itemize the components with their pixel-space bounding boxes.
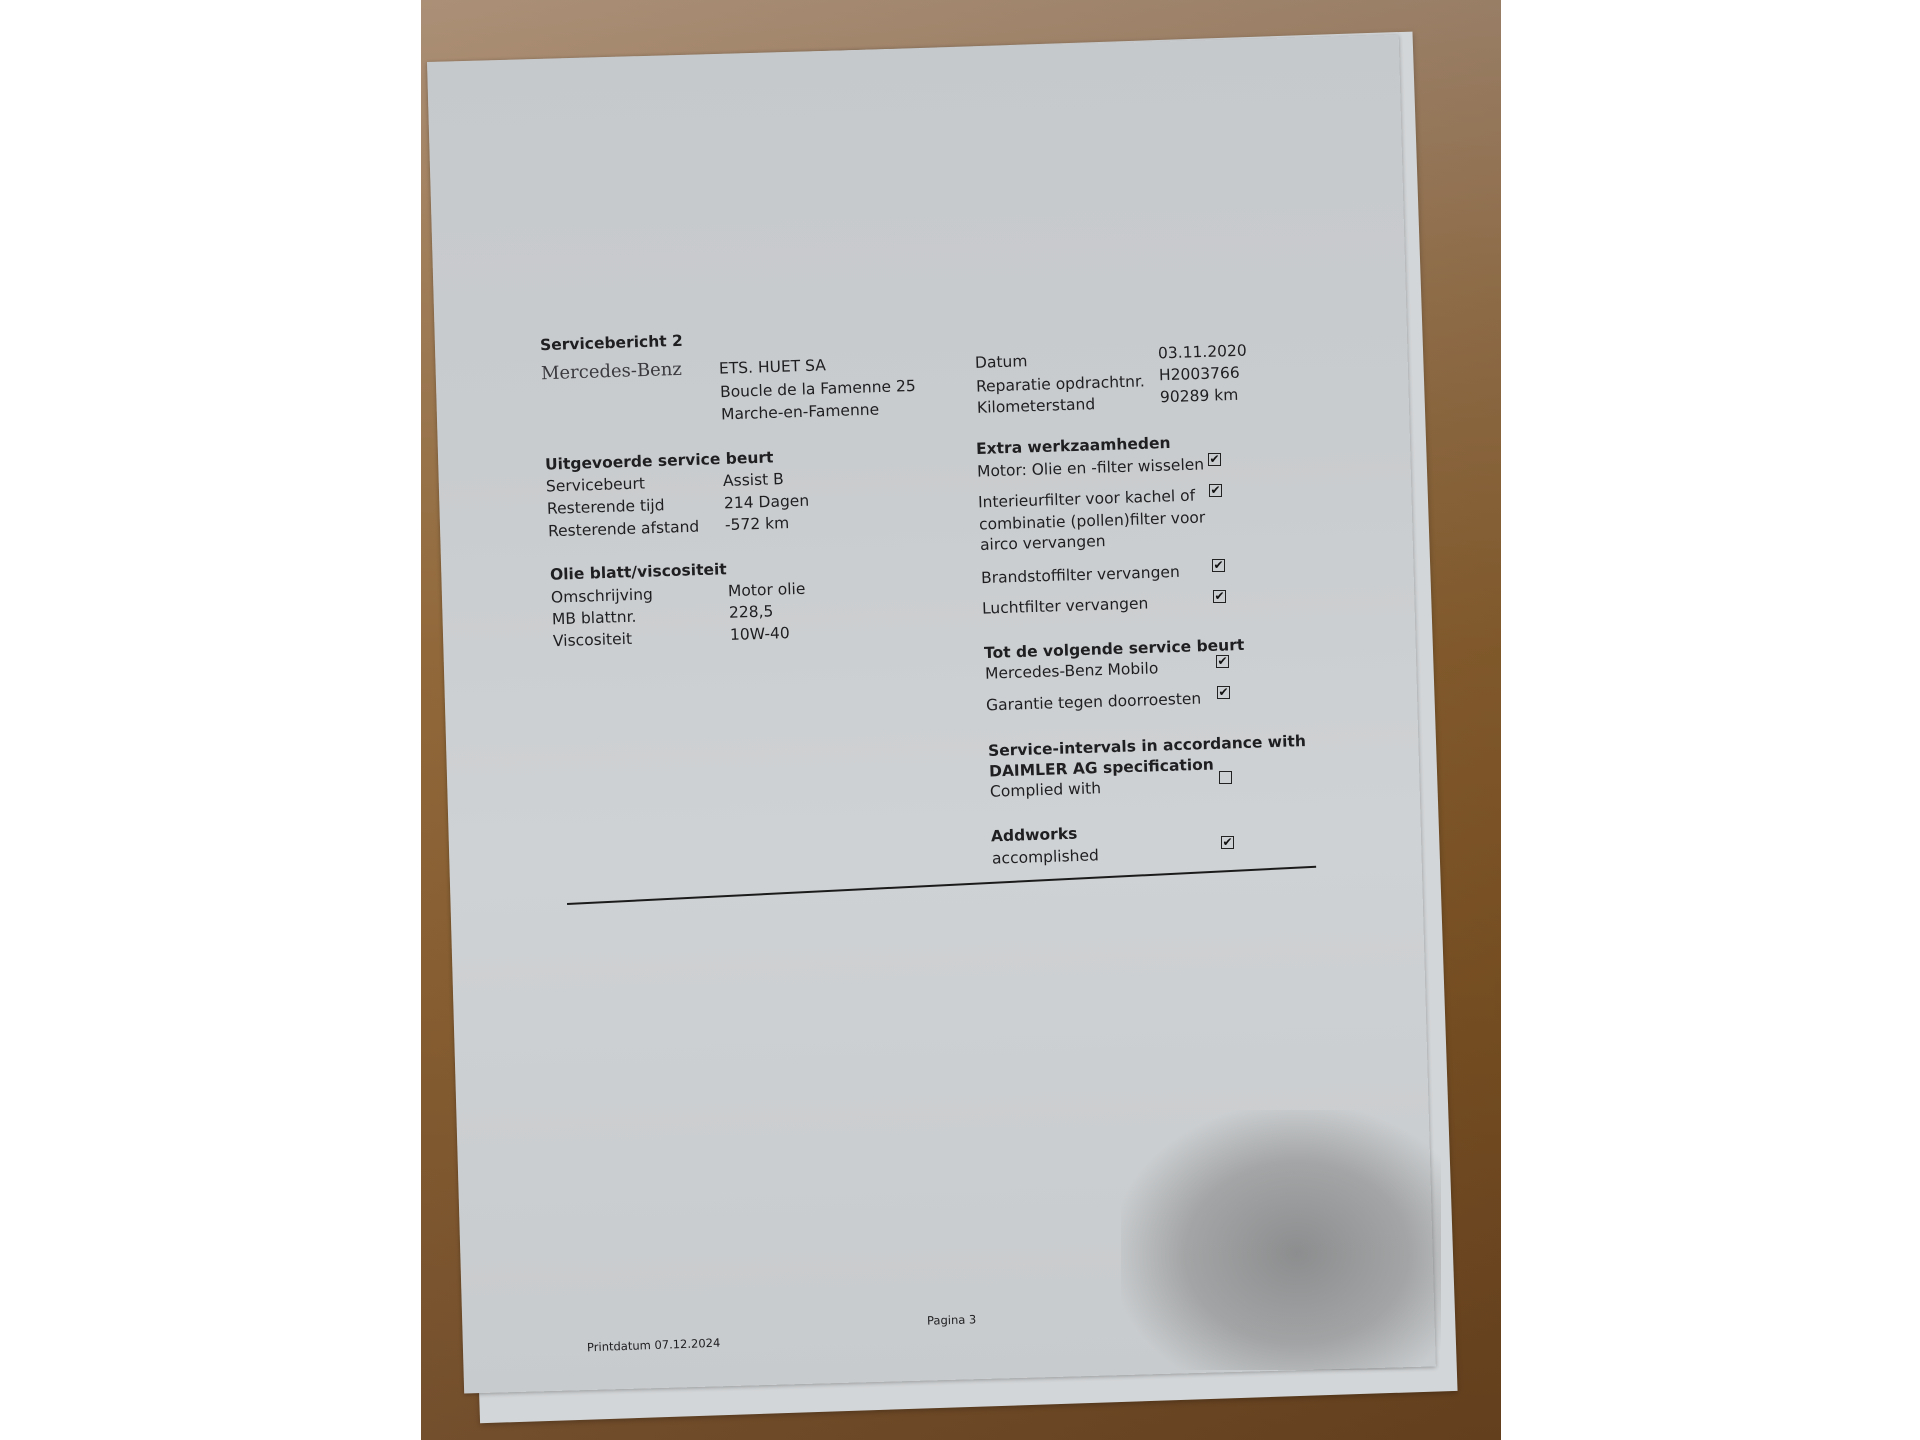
row-value: Motor olie: [728, 580, 806, 600]
checkbox-complied-with[interactable]: [1219, 771, 1232, 784]
divider-line: [567, 866, 1316, 905]
row-value: -572 km: [725, 514, 790, 534]
checklist-label: accomplished: [992, 846, 1099, 867]
page-number: Pagina 3: [927, 1312, 977, 1327]
section-heading: Extra werkzaamheden: [976, 434, 1171, 458]
checklist-label: Complied with: [990, 779, 1102, 800]
dealer-street: Boucle de la Famenne 25: [720, 377, 916, 401]
row-label: Servicebeurt: [546, 474, 645, 495]
row-label: Viscositeit: [553, 630, 633, 650]
section-heading: Addworks: [991, 825, 1078, 846]
meta-label: Datum: [975, 352, 1028, 372]
checklist-label: airco vervangen: [980, 532, 1106, 554]
checkbox-oil-filter[interactable]: ✔: [1208, 453, 1221, 466]
section-heading: Olie blatt/viscositeit: [550, 560, 727, 584]
row-label: Resterende afstand: [548, 518, 700, 541]
document-content: Servicebericht 2 Mercedes-Benz ETS. HUET…: [0, 0, 1920, 1440]
checklist-label: combinatie (pollen)filter voor: [979, 508, 1206, 533]
checkbox-interior-filter[interactable]: ✔: [1209, 484, 1222, 497]
checklist-label: Brandstoffilter vervangen: [981, 563, 1180, 587]
checklist-label: Luchtfilter vervangen: [982, 594, 1149, 617]
meta-label: Kilometerstand: [977, 395, 1096, 417]
report-title: Servicebericht 2: [540, 332, 683, 354]
meta-label: Reparatie opdrachtnr.: [976, 372, 1145, 395]
checklist-label: Mercedes-Benz Mobilo: [985, 659, 1159, 682]
checkbox-mobilo[interactable]: ✔: [1216, 655, 1229, 668]
row-value: 214 Dagen: [724, 492, 810, 513]
checklist-label: Interieurfilter voor kachel of: [978, 487, 1196, 512]
meta-value: 90289 km: [1160, 386, 1239, 406]
section-heading: Uitgevoerde service beurt: [545, 448, 774, 473]
row-label: MB blattnr.: [552, 608, 637, 629]
row-label: Resterende tijd: [547, 496, 665, 518]
checklist-label: Motor: Olie en -filter wisselen: [977, 455, 1205, 480]
checkbox-addworks[interactable]: ✔: [1221, 836, 1234, 849]
checkbox-rust-warranty[interactable]: ✔: [1217, 686, 1230, 699]
section-heading: Service-intervals in accordance with: [988, 732, 1306, 760]
row-label: Omschrijving: [551, 585, 653, 606]
checkbox-air-filter[interactable]: ✔: [1213, 590, 1226, 603]
brand-name: Mercedes-Benz: [541, 359, 682, 384]
row-value: Assist B: [723, 470, 784, 490]
print-date: Printdatum 07.12.2024: [587, 1336, 721, 1355]
row-value: 228,5: [729, 602, 774, 621]
checkbox-fuel-filter[interactable]: ✔: [1212, 559, 1225, 572]
dealer-name: ETS. HUET SA: [719, 356, 826, 377]
row-value: 10W-40: [730, 624, 790, 644]
meta-value: 03.11.2020: [1158, 342, 1247, 363]
meta-value: H2003766: [1159, 364, 1240, 385]
dealer-city: Marche-en-Famenne: [721, 401, 880, 424]
section-heading: Tot de volgende service beurt: [984, 636, 1245, 662]
checklist-label: Garantie tegen doorroesten: [986, 690, 1202, 715]
section-heading: DAIMLER AG specification: [989, 755, 1214, 780]
